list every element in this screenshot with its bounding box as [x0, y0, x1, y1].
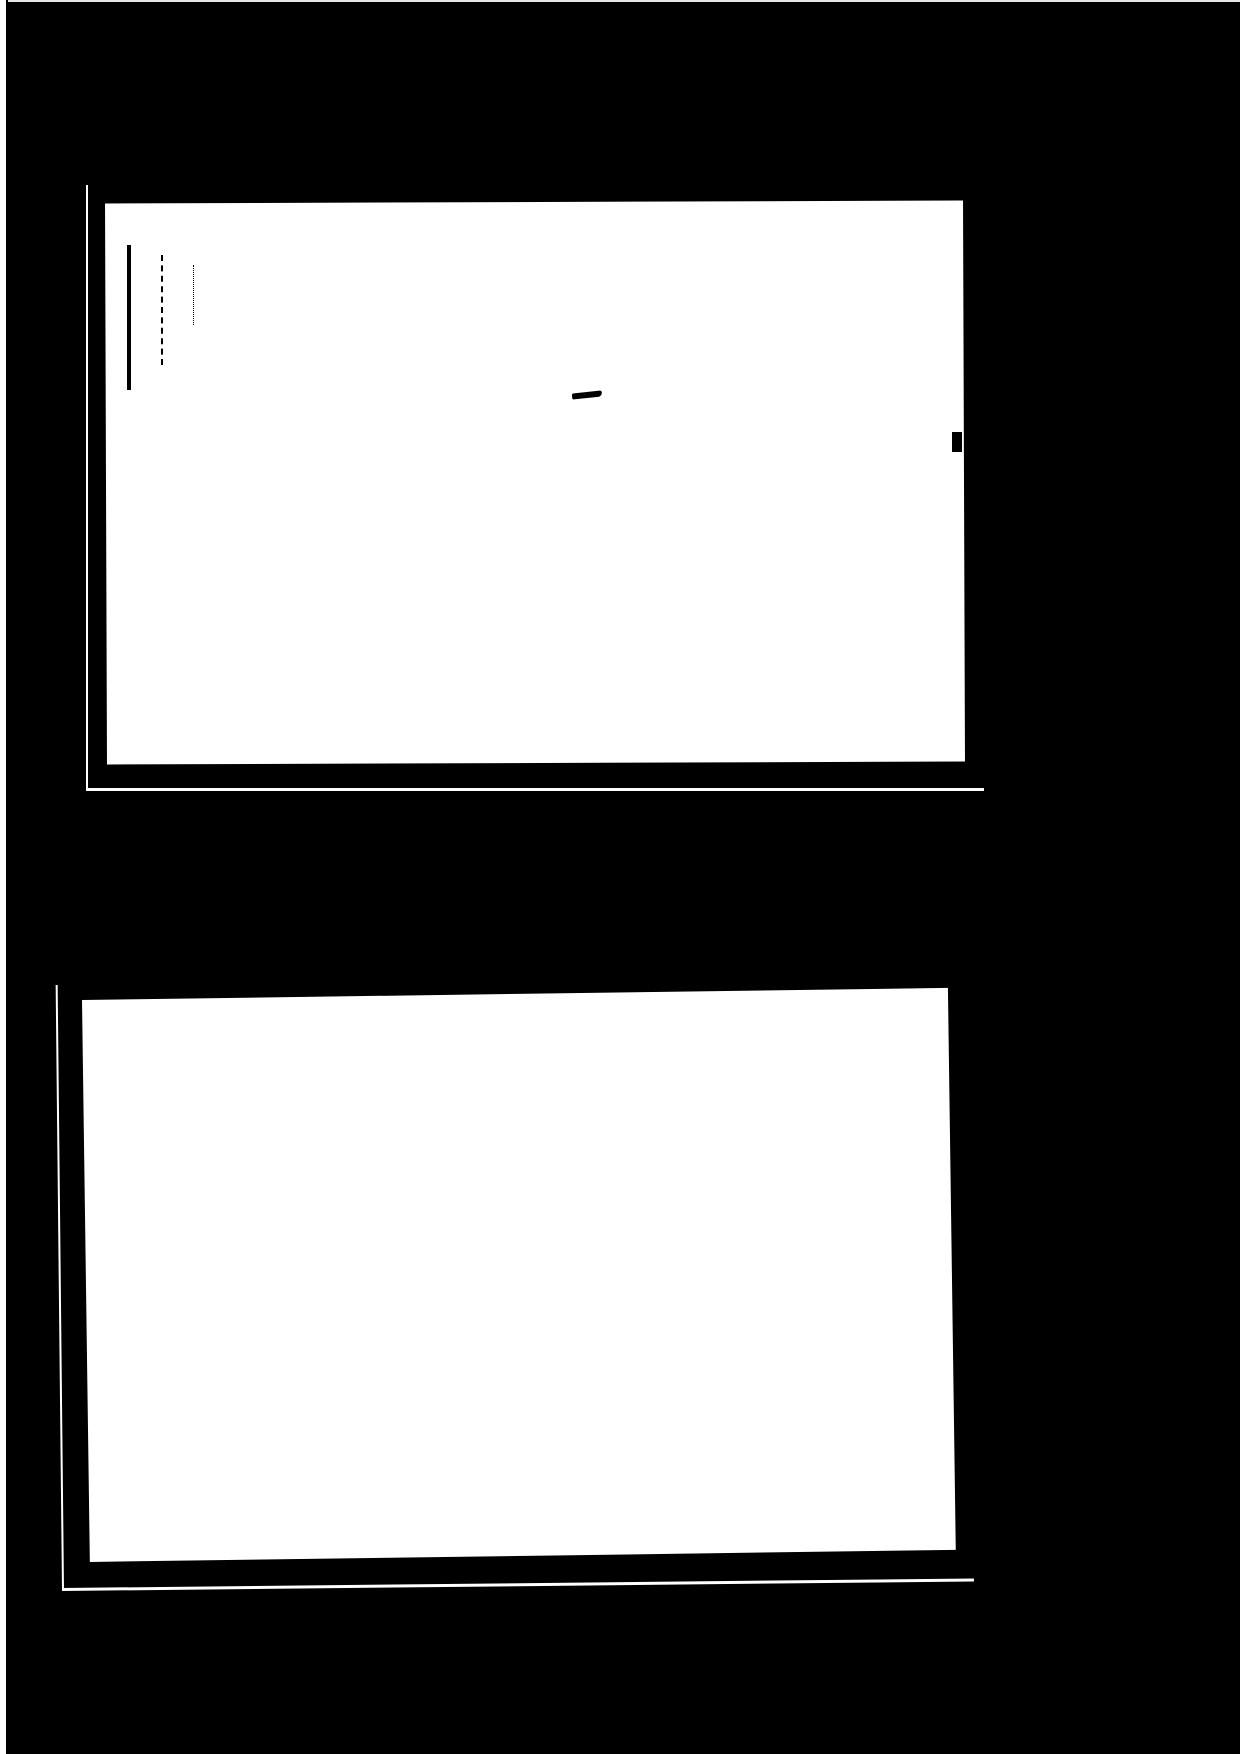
scan-mark [161, 255, 165, 365]
scan-blot [952, 432, 962, 452]
scan-mark [193, 265, 195, 325]
scan-mark [127, 245, 131, 390]
scanned-page [0, 0, 1240, 1754]
paper-left-edge [0, 0, 6, 1754]
photo-2 [82, 988, 956, 1562]
paper-top-edge [8, 0, 1240, 5]
photo-1 [105, 201, 965, 765]
